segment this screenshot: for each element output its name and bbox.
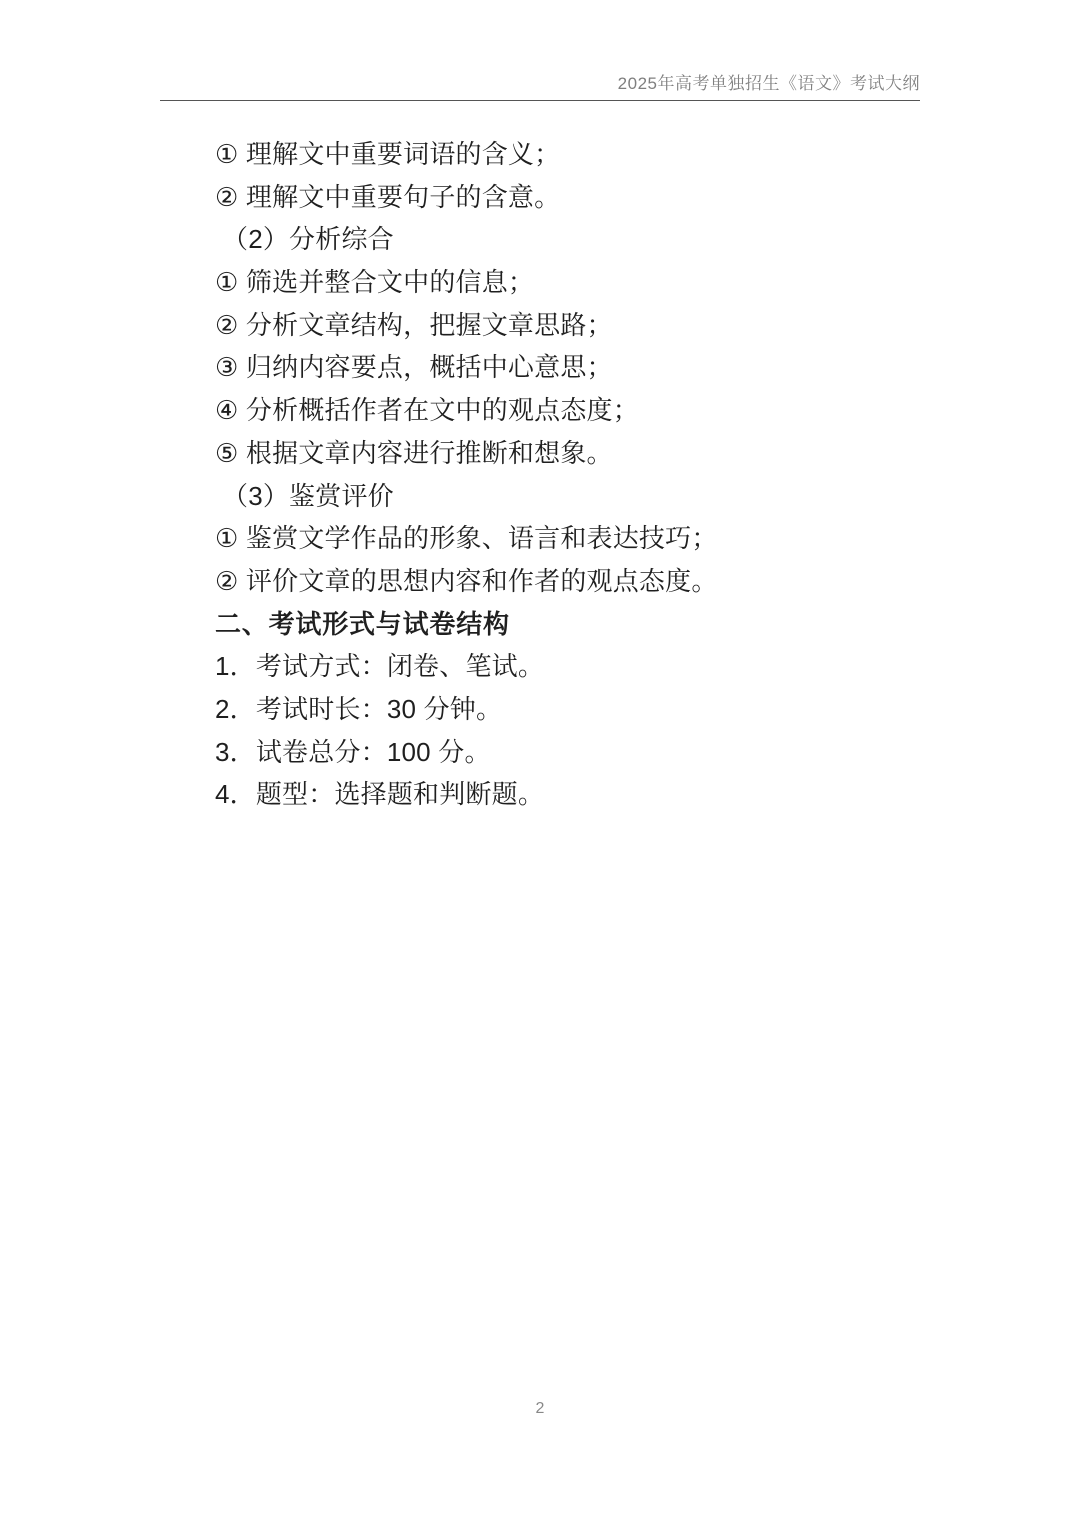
document-line-heading: 二、考试形式与试卷结构 [215, 603, 925, 646]
document-line-item: ⑤ 根据文章内容进行推断和想象。 [215, 432, 925, 475]
header-title: 2025年高考单独招生《语文》考试大纲 [618, 74, 920, 93]
document-line-item: ② 分析文章结构，把握文章思路； [215, 304, 925, 347]
document-line-numbered: 4．题型：选择题和判断题。 [215, 773, 925, 816]
document-line-item: ② 理解文中重要句子的含意。 [215, 176, 925, 219]
page-footer: 2 [0, 1398, 1080, 1420]
document-line-numbered: 2．考试时长：30 分钟。 [215, 688, 925, 731]
document-line-item: ③ 归纳内容要点，概括中心意思； [215, 346, 925, 389]
document-line-item: ① 鉴赏文学作品的形象、语言和表达技巧； [215, 517, 925, 560]
document-line-item: ① 理解文中重要词语的含义； [215, 133, 925, 176]
document-line-item: ② 评价文章的思想内容和作者的观点态度。 [215, 560, 925, 603]
header-rule [160, 100, 920, 101]
document-body: ① 理解文中重要词语的含义；② 理解文中重要句子的含意。（2）分析综合① 筛选并… [215, 133, 925, 816]
document-line-subheading: （2）分析综合 [215, 218, 925, 261]
document-line-subheading: （3）鉴赏评价 [215, 475, 925, 518]
page-number: 2 [536, 1400, 545, 1417]
document-line-item: ④ 分析概括作者在文中的观点态度； [215, 389, 925, 432]
document-line-numbered: 3．试卷总分：100 分。 [215, 731, 925, 774]
page-header: 2025年高考单独招生《语文》考试大纲 [160, 74, 920, 94]
document-line-item: ① 筛选并整合文中的信息； [215, 261, 925, 304]
document-line-numbered: 1．考试方式：闭卷、笔试。 [215, 645, 925, 688]
document-page: 2025年高考单独招生《语文》考试大纲 ① 理解文中重要词语的含义；② 理解文中… [0, 0, 1080, 1527]
